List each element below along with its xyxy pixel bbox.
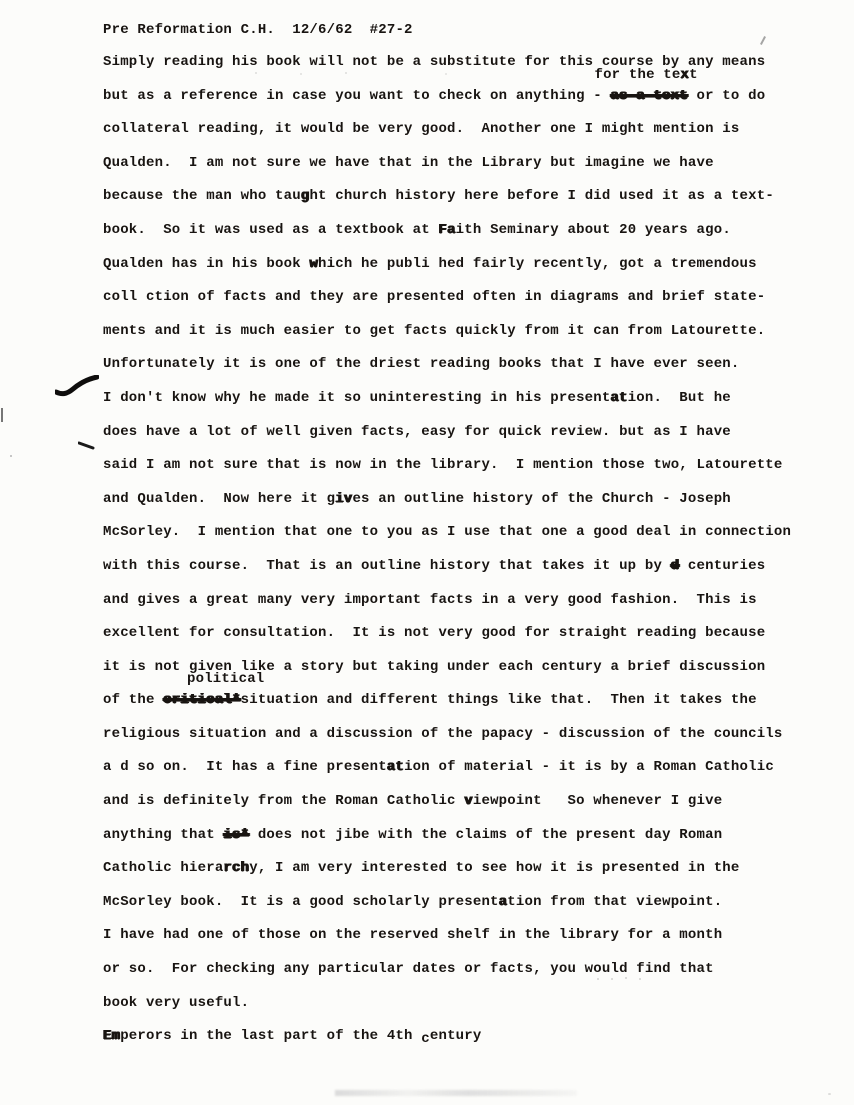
document-lines: Simply reading his book will not be a su… xyxy=(103,46,843,1054)
scan-artifact-dot xyxy=(10,455,12,457)
text-segment: does have a lot of well given facts, eas… xyxy=(103,424,731,440)
struck-out-text: as a text xyxy=(610,88,687,104)
text-line: does have a lot of well given facts, eas… xyxy=(103,416,843,450)
text-segment: with this course. That is an outline his… xyxy=(103,558,671,574)
text-segment: Unfortunately it is one of the driest re… xyxy=(103,356,740,372)
scan-artifact-dot xyxy=(639,978,641,980)
scan-artifact-dot xyxy=(445,73,447,75)
interlinear-insertion: for the text xyxy=(594,68,697,82)
text-segment: for the te xyxy=(594,67,680,83)
text-line: of the critical*situation and different … xyxy=(103,684,843,718)
text-line: Qualden. I am not sure we have that in t… xyxy=(103,147,843,181)
text-segment: at xyxy=(610,390,627,406)
struck-out-text: critical* xyxy=(163,692,240,708)
scanned-document-page: Pre Reformation C.H. 12/6/62 #27-2 Simpl… xyxy=(0,0,854,1105)
text-segment: c xyxy=(421,1031,430,1047)
text-segment: w xyxy=(309,256,318,272)
scan-artifact-dot xyxy=(828,1093,831,1095)
text-segment: Catholic hiera xyxy=(103,860,223,876)
text-segment: a xyxy=(499,894,508,910)
text-line: I don't know why he made it so uninteres… xyxy=(103,382,843,416)
scan-artifact-dot xyxy=(597,978,599,980)
pen-check-mark xyxy=(55,375,99,399)
text-line: Unfortunately it is one of the driest re… xyxy=(103,348,843,382)
text-segment: es an outline history of the Church - Jo… xyxy=(352,491,730,507)
text-segment: t xyxy=(689,67,698,83)
text-line: anything that is* does not jibe with the… xyxy=(103,819,843,853)
page-header: Pre Reformation C.H. 12/6/62 #27-2 xyxy=(103,22,413,38)
text-segment: and is definitely from the Roman Catholi… xyxy=(103,793,464,809)
text-line: McSorley. I mention that one to you as I… xyxy=(103,516,843,550)
text-segment: ht church history here before I did used… xyxy=(309,188,773,204)
text-segment: political xyxy=(187,671,264,687)
text-segment: centuries xyxy=(679,558,765,574)
text-line: religious situation and a discussion of … xyxy=(103,718,843,752)
margin-dash-mark xyxy=(78,441,96,451)
text-line: Catholic hierarchy, I am very interested… xyxy=(103,852,843,886)
text-line: and Qualden. Now here it gives an outlin… xyxy=(103,483,843,517)
scan-artifact-tick xyxy=(760,36,766,45)
text-line: excellent for consultation. It is not ve… xyxy=(103,617,843,651)
text-segment: Qualden has in his book xyxy=(103,256,309,272)
text-line: a d so on. It has a fine presentation of… xyxy=(103,751,843,785)
text-segment: v xyxy=(464,793,473,809)
scan-artifact-dot xyxy=(345,72,347,74)
text-segment: ion. But he xyxy=(628,390,731,406)
text-line: Simply reading his book will not be a su… xyxy=(103,46,843,80)
text-line: coll ction of facts and they are present… xyxy=(103,281,843,315)
text-segment: rch xyxy=(223,860,249,876)
scan-artifact-dot xyxy=(625,977,627,979)
text-line: book. So it was used as a textbook at Fa… xyxy=(103,214,843,248)
scan-artifact-dot xyxy=(611,978,613,980)
text-segment: ion of material - it is by a Roman Catho… xyxy=(404,759,774,775)
text-line: book very useful. xyxy=(103,987,843,1021)
text-segment: a d so on. It has a fine present xyxy=(103,759,387,775)
text-line: with this course. That is an outline his… xyxy=(103,550,843,584)
text-segment: religious situation and a discussion of … xyxy=(103,726,783,742)
text-segment: Qualden. I am not sure we have that in t… xyxy=(103,155,714,171)
text-line: and gives a great many very important fa… xyxy=(103,584,843,618)
text-segment: because the man who tau xyxy=(103,188,301,204)
text-segment: excellent for consultation. It is not ve… xyxy=(103,625,765,641)
text-segment: y, I am very interested to see how it is… xyxy=(249,860,739,876)
scan-artifact-dot xyxy=(255,72,257,74)
margin-tick xyxy=(1,408,3,422)
text-segment: hich he publi hed fairly recently, got a… xyxy=(318,256,757,272)
interlinear-insertion: political xyxy=(187,672,264,686)
struck-out-text: is* xyxy=(223,827,249,843)
text-segment: Fa xyxy=(438,222,455,238)
text-segment: collateral reading, it would be very goo… xyxy=(103,121,740,137)
scan-artifact-dot xyxy=(300,73,302,75)
text-segment: at xyxy=(387,759,404,775)
text-segment: ith Seminary about 20 years ago. xyxy=(456,222,731,238)
text-segment: coll ction of facts and they are present… xyxy=(103,289,765,305)
text-segment: I have had one of those on the reserved … xyxy=(103,927,722,943)
text-segment: I don't know why he made it so uninteres… xyxy=(103,390,610,406)
text-segment: McSorley book. It is a good scholarly pr… xyxy=(103,894,499,910)
text-segment: ments and it is much easier to get facts… xyxy=(103,323,765,339)
text-segment: said I am not sure that is now in the li… xyxy=(103,457,783,473)
text-segment: or so. For checking any particular dates… xyxy=(103,961,714,977)
text-segment: does not jibe with the claims of the pre… xyxy=(249,827,722,843)
text-segment: and Qualden. Now here it g xyxy=(103,491,335,507)
text-segment: iewpoint So whenever I give xyxy=(473,793,722,809)
text-segment: McSorley. I mention that one to you as I… xyxy=(103,524,791,540)
text-segment: of the xyxy=(103,692,163,708)
text-segment: anything that xyxy=(103,827,223,843)
scan-artifact-smudge xyxy=(335,1090,577,1096)
text-line: I have had one of those on the reserved … xyxy=(103,919,843,953)
text-line: Emperors in the last part of the 4th cen… xyxy=(103,1020,843,1054)
text-segment: book very useful. xyxy=(103,995,249,1011)
text-segment: tion from that viewpoint. xyxy=(507,894,722,910)
text-segment: situation and different things like that… xyxy=(241,692,757,708)
text-line: said I am not sure that is now in the li… xyxy=(103,449,843,483)
text-segment: x xyxy=(680,67,689,83)
text-line: ments and it is much easier to get facts… xyxy=(103,315,843,349)
text-segment: Em xyxy=(103,1028,120,1044)
text-line: and is definitely from the Roman Catholi… xyxy=(103,785,843,819)
text-line: because the man who taught church histor… xyxy=(103,180,843,214)
text-line: collateral reading, it would be very goo… xyxy=(103,113,843,147)
text-segment: or to do xyxy=(688,88,765,104)
text-line: McSorley book. It is a good scholarly pr… xyxy=(103,886,843,920)
text-segment: but as a reference in case you want to c… xyxy=(103,88,610,104)
text-segment: and gives a great many very important fa… xyxy=(103,592,757,608)
text-line: or so. For checking any particular dates… xyxy=(103,953,843,987)
text-segment: book. So it was used as a textbook at xyxy=(103,222,438,238)
text-segment: iv xyxy=(335,491,352,507)
text-line: but as a reference in case you want to c… xyxy=(103,80,843,114)
text-segment: entury xyxy=(430,1028,482,1044)
text-line: Qualden has in his book which he publi h… xyxy=(103,248,843,282)
text-segment: perors in the last part of the 4th xyxy=(120,1028,421,1044)
